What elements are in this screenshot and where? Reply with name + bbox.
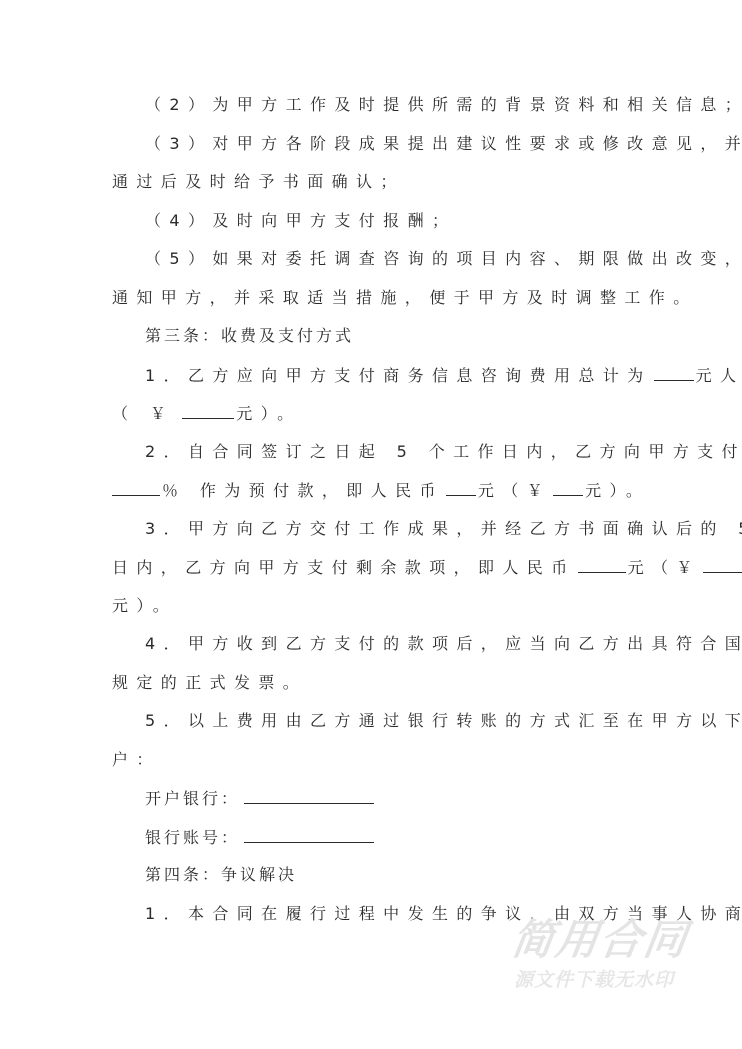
payment-item-1: 1．乙方应向甲方支付商务信息咨询费用总计为元人民币 — [145, 363, 742, 387]
clause-line-3: （3）对甲方各阶段成果提出建议性要求或修改意见，并在审定 — [145, 132, 742, 156]
prepay-rmb-blank[interactable] — [446, 478, 476, 496]
prepay-text: ％ 作为预付款，即人民币 — [162, 481, 444, 500]
watermark-brand: 简用合同 — [509, 916, 692, 964]
prepay-percent-blank[interactable] — [112, 478, 160, 496]
payment-item-3-end: 元）。 — [112, 594, 177, 618]
clause-line-4: （4）及时向甲方支付报酬； — [145, 209, 456, 233]
payment-item-2: 2．自合同签订之日起 5 个工作日内，乙方向甲方支付总费用的 — [145, 440, 742, 464]
clause-line-3-cont: 通过后及时给予书面确认； — [112, 170, 405, 194]
remaining-yen-blank[interactable] — [703, 555, 742, 573]
yen-suffix: 元）。 — [236, 404, 301, 423]
payment-item-1-unit: 元人民币 — [696, 366, 742, 385]
prepay-yen-blank[interactable] — [553, 478, 583, 496]
payment-item-5: 5．以上费用由乙方通过银行转账的方式汇至在甲方以下指定账 — [145, 709, 742, 733]
payment-item-4-cont: 规定的正式发票。 — [112, 671, 307, 695]
bank-name-field[interactable] — [244, 786, 374, 804]
payment-item-3-cont: 日内，乙方向甲方支付剩余款项，即人民币元（￥ — [112, 555, 742, 579]
payment-item-1-text: 1．乙方应向甲方支付商务信息咨询费用总计为 — [145, 366, 652, 385]
payment-item-1-cont: （ ￥元）。 — [112, 401, 302, 425]
remaining-rmb-blank[interactable] — [578, 555, 626, 573]
payment-item-2-cont: ％ 作为预付款，即人民币元（￥元）。 — [112, 478, 650, 502]
total-fee-yen-blank[interactable] — [182, 401, 234, 419]
bank-name-row: 开户银行： — [145, 786, 374, 810]
clause-line-2: （2）为甲方工作及时提供所需的背景资料和相关信息； — [145, 93, 742, 117]
payment-item-5-cont: 户： — [112, 748, 161, 772]
bank-name-label: 开户银行： — [145, 789, 240, 808]
article-4-heading: 第四条：争议解决 — [145, 863, 297, 887]
watermark-slogan: 源文件下载无水印 — [514, 968, 674, 992]
clause-line-5-cont: 通知甲方，并采取适当措施，便于甲方及时调整工作。 — [112, 286, 698, 310]
prepay-yen-prefix: 元（￥ — [478, 481, 551, 500]
remaining-yen-prefix: 元（￥ — [628, 558, 701, 577]
article-3-heading: 第三条：收费及支付方式 — [145, 324, 354, 348]
payment-item-3: 3．甲方向乙方交付工作成果，并经乙方书面确认后的 5 个工作 — [145, 517, 742, 541]
clause-line-5: （5）如果对委托调查咨询的项目内容、期限做出改变，应及时 — [145, 247, 742, 271]
bank-account-row: 银行账号： — [145, 825, 374, 849]
yen-prefix: （ ￥ — [112, 404, 174, 423]
bank-account-field[interactable] — [244, 825, 374, 843]
total-fee-blank[interactable] — [654, 363, 694, 381]
bank-account-label: 银行账号： — [145, 828, 240, 847]
remaining-text: 日内，乙方向甲方支付剩余款项，即人民币 — [112, 558, 576, 577]
prepay-yen-suffix: 元）。 — [585, 481, 650, 500]
payment-item-4: 4．甲方收到乙方支付的款项后，应当向乙方出具符合国家法律 — [145, 632, 742, 656]
